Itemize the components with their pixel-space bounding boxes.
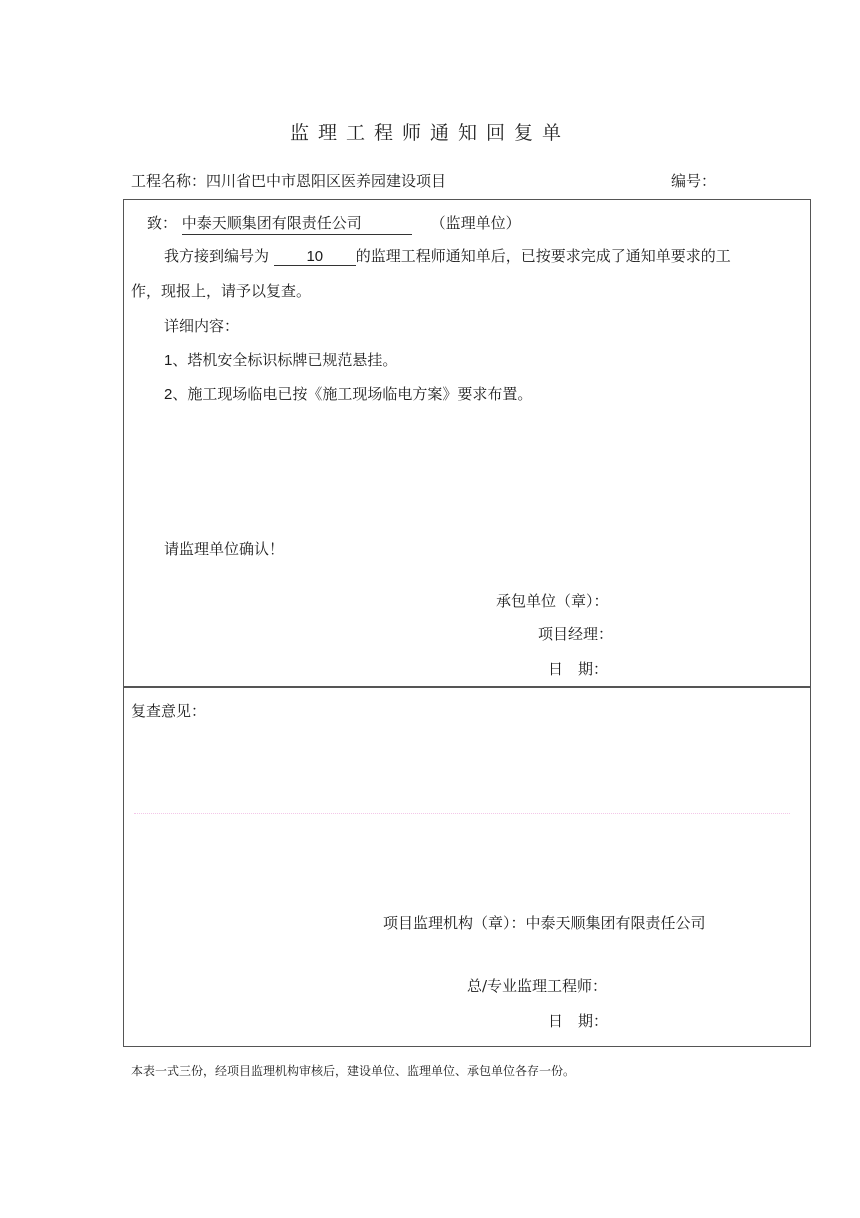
addressee-suffix: （监理单位） [431, 214, 521, 232]
project-name-row: 工程名称：四川省巴中市恩阳区医养园建设项目 [131, 170, 446, 191]
intro-prefix: 我方接到编号为 [164, 247, 269, 265]
document-code-label: 编号： [671, 172, 716, 190]
contractor-seal-label: 承包单位（章）： [496, 590, 609, 611]
project-name-label: 工程名称： [131, 172, 206, 190]
details-label: 详细内容： [164, 315, 239, 336]
supervising-engineer-label: 总/专业监理工程师： [467, 975, 607, 996]
supervision-agency-name: 中泰天顺集团有限责任公司 [526, 914, 706, 932]
reply-date-label: 日 期： [548, 658, 608, 679]
detail-text: 、施工现场临电已按《施工现场临电方案》要求布置。 [172, 385, 532, 403]
supervision-agency-row: 项目监理机构（章）：中泰天顺集团有限责任公司 [383, 912, 706, 933]
addressee-company: 中泰天顺集团有限责任公司 [182, 212, 412, 235]
addressee-row: 致： 中泰天顺集团有限责任公司 （监理单位） [147, 212, 521, 235]
document-title: 监理工程师通知回复单 [0, 118, 860, 145]
supervision-agency-label: 项目监理机构（章）： [383, 914, 526, 932]
addressee-label: 致： [147, 214, 177, 232]
review-date-label: 日 期： [548, 1010, 608, 1031]
footer-note: 本表一式三份，经项目监理机构审核后，建设单位、监理单位、承包单位各存一份。 [131, 1062, 575, 1079]
notice-number: 10 [274, 248, 356, 266]
section-divider [123, 686, 811, 688]
document-code-row: 编号： [671, 170, 716, 191]
project-name-value: 四川省巴中市恩阳区医养园建设项目 [206, 172, 446, 190]
dotted-guide-line [134, 813, 790, 814]
intro-line-1: 我方接到编号为 10的监理工程师通知单后，已按要求完成了通知单要求的工 [164, 245, 731, 266]
confirm-request: 请监理单位确认！ [164, 538, 284, 559]
detail-item: 1、塔机安全标识标牌已规范悬挂。 [164, 349, 397, 370]
intro-suffix: 的监理工程师通知单后，已按要求完成了通知单要求的工 [356, 247, 731, 265]
project-manager-label: 项目经理： [538, 623, 613, 644]
detail-text: 、塔机安全标识标牌已规范悬挂。 [172, 351, 397, 369]
detail-item: 2、施工现场临电已按《施工现场临电方案》要求布置。 [164, 383, 532, 404]
intro-line-2: 作，现报上，请予以复查。 [131, 280, 311, 301]
review-opinion-label: 复查意见： [131, 700, 206, 721]
